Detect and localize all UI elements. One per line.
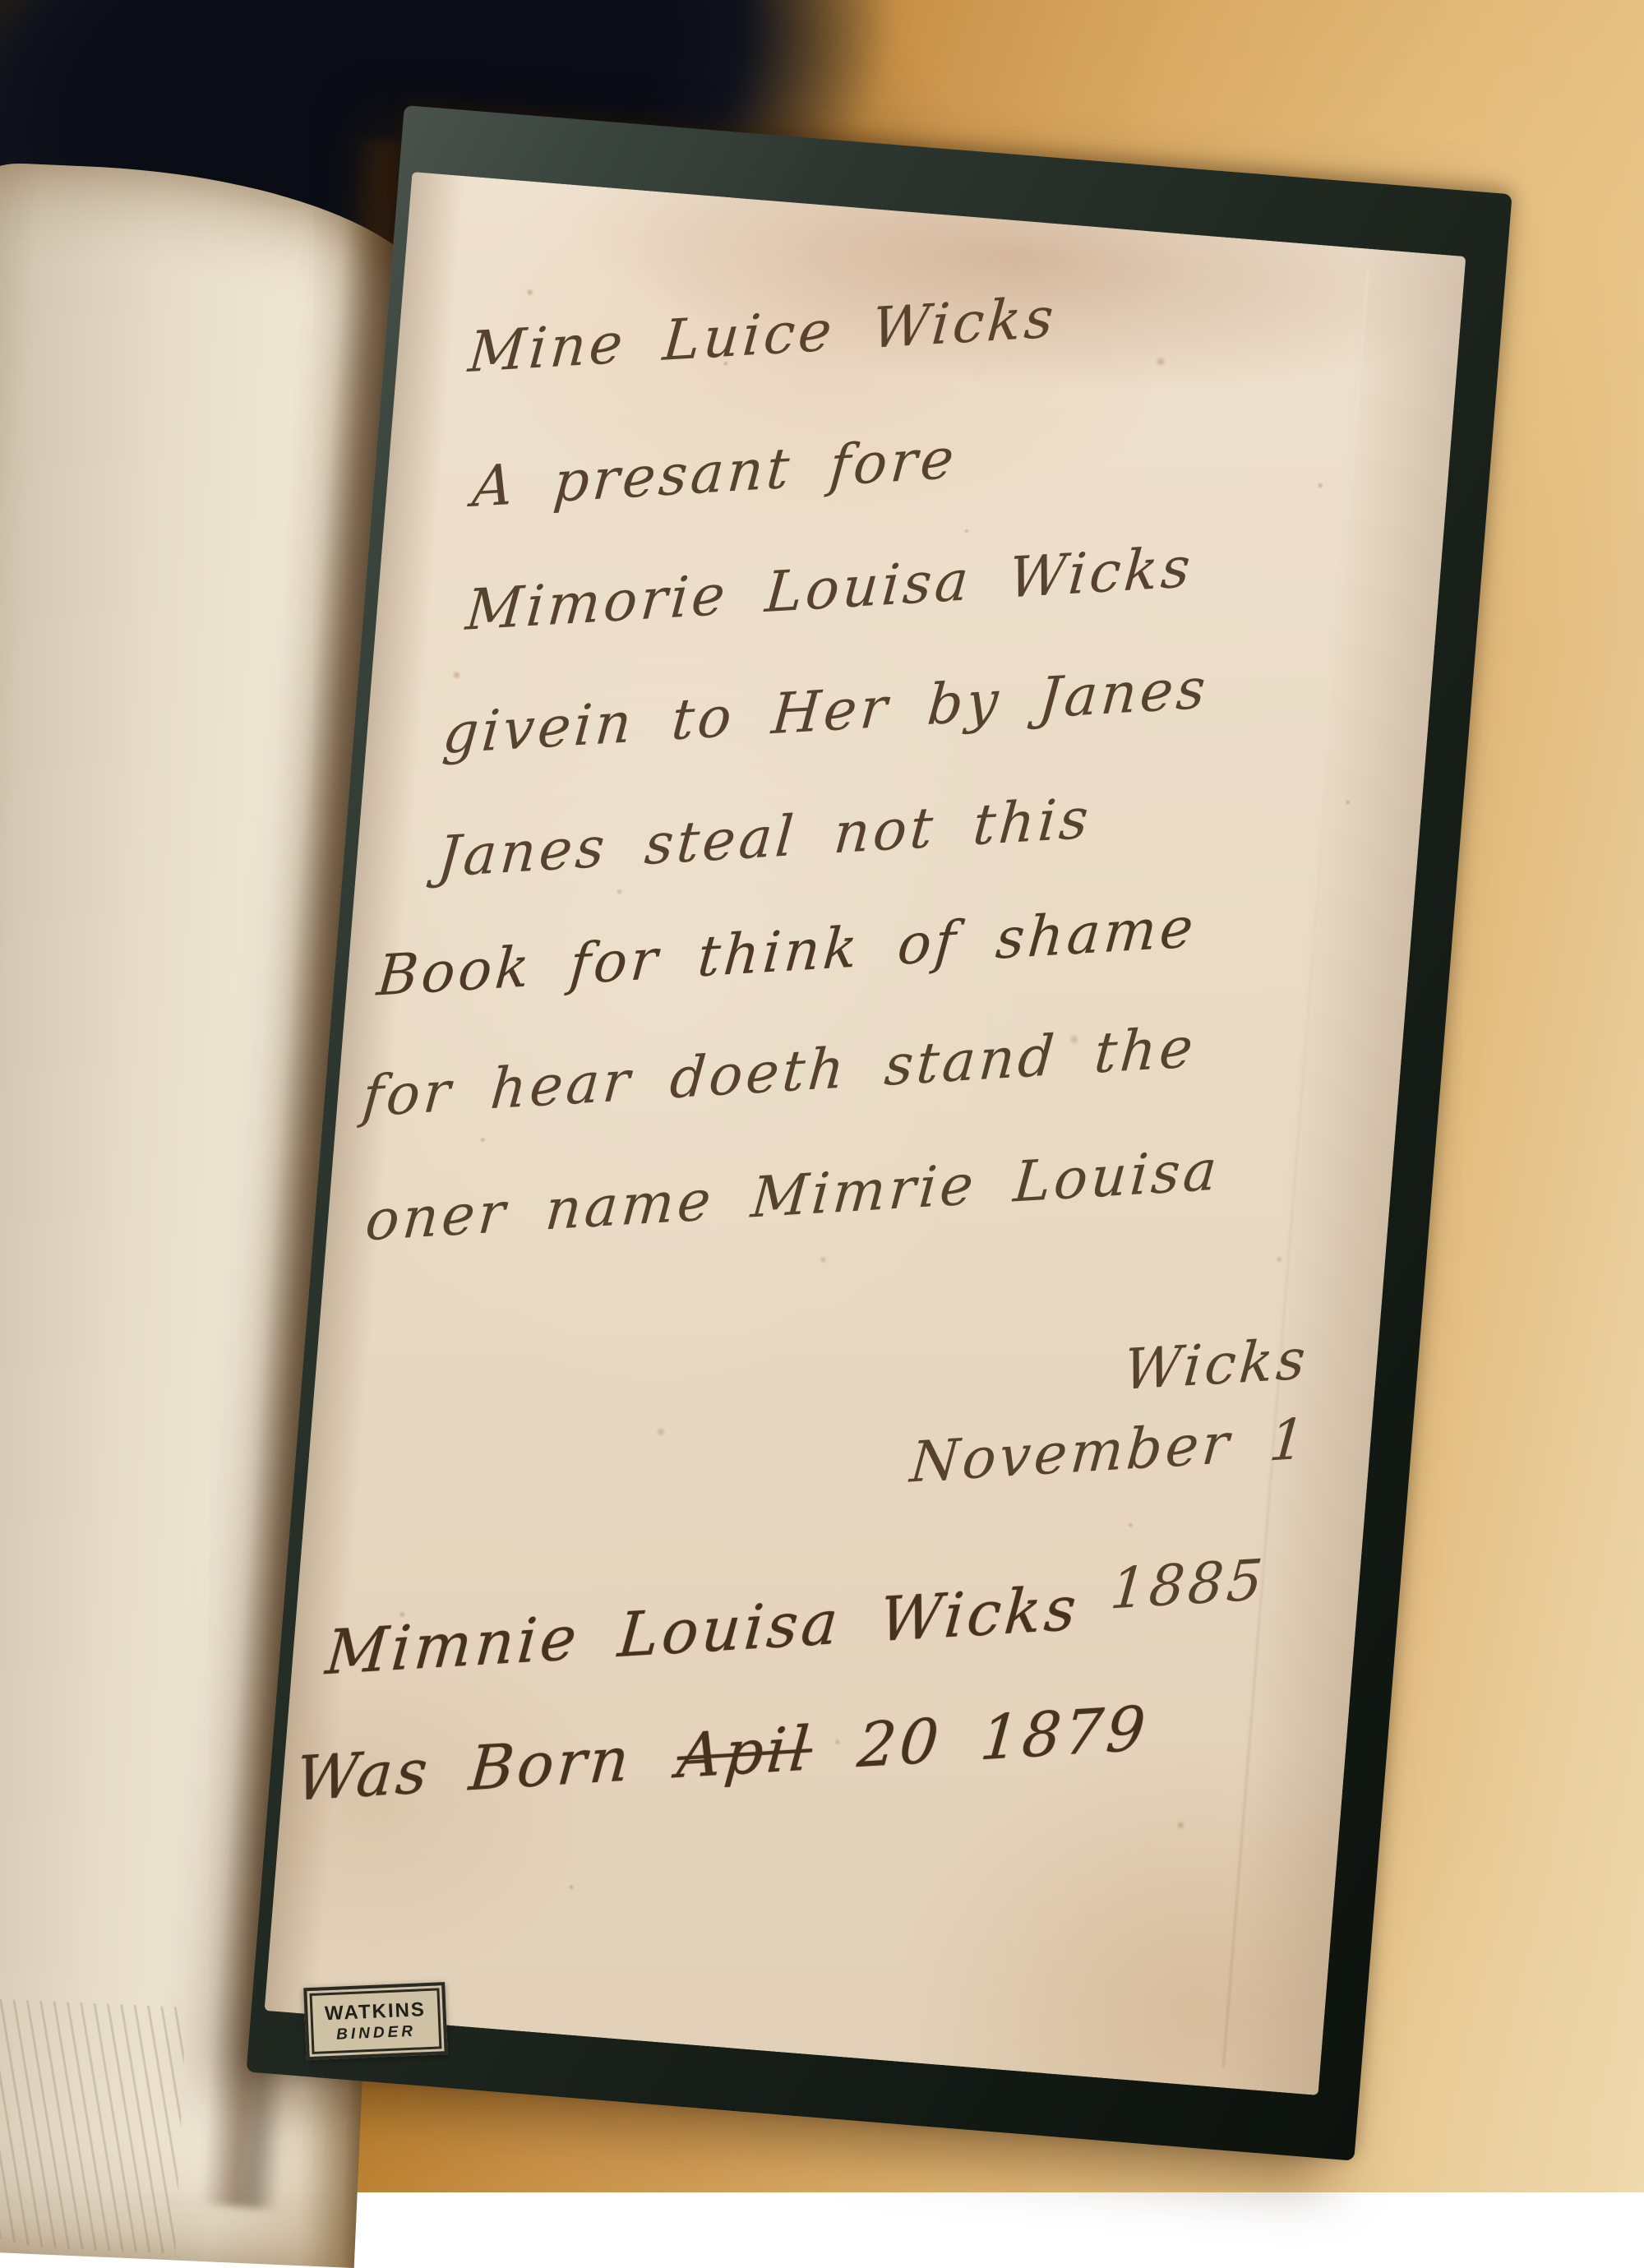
birth-note-struck-word: Apil bbox=[675, 1713, 815, 1792]
binder-stamp: WATKINS BINDER bbox=[303, 1982, 448, 2060]
book-cover: Mine Luice Wicks A presant fore Mimorie … bbox=[247, 105, 1512, 2161]
page-edge-lines bbox=[0, 1994, 186, 2192]
binder-stamp-role: BINDER bbox=[336, 2022, 417, 2044]
flyleaf-page: Mine Luice Wicks A presant fore Mimorie … bbox=[265, 172, 1466, 2095]
binder-stamp-name: WATKINS bbox=[325, 1998, 427, 2025]
desk-background: Mine Luice Wicks A presant fore Mimorie … bbox=[0, 0, 1644, 2192]
inscription-line-9-surname: Wicks bbox=[1121, 1327, 1311, 1403]
inscription-date-year: 1885 bbox=[1108, 1548, 1268, 1623]
